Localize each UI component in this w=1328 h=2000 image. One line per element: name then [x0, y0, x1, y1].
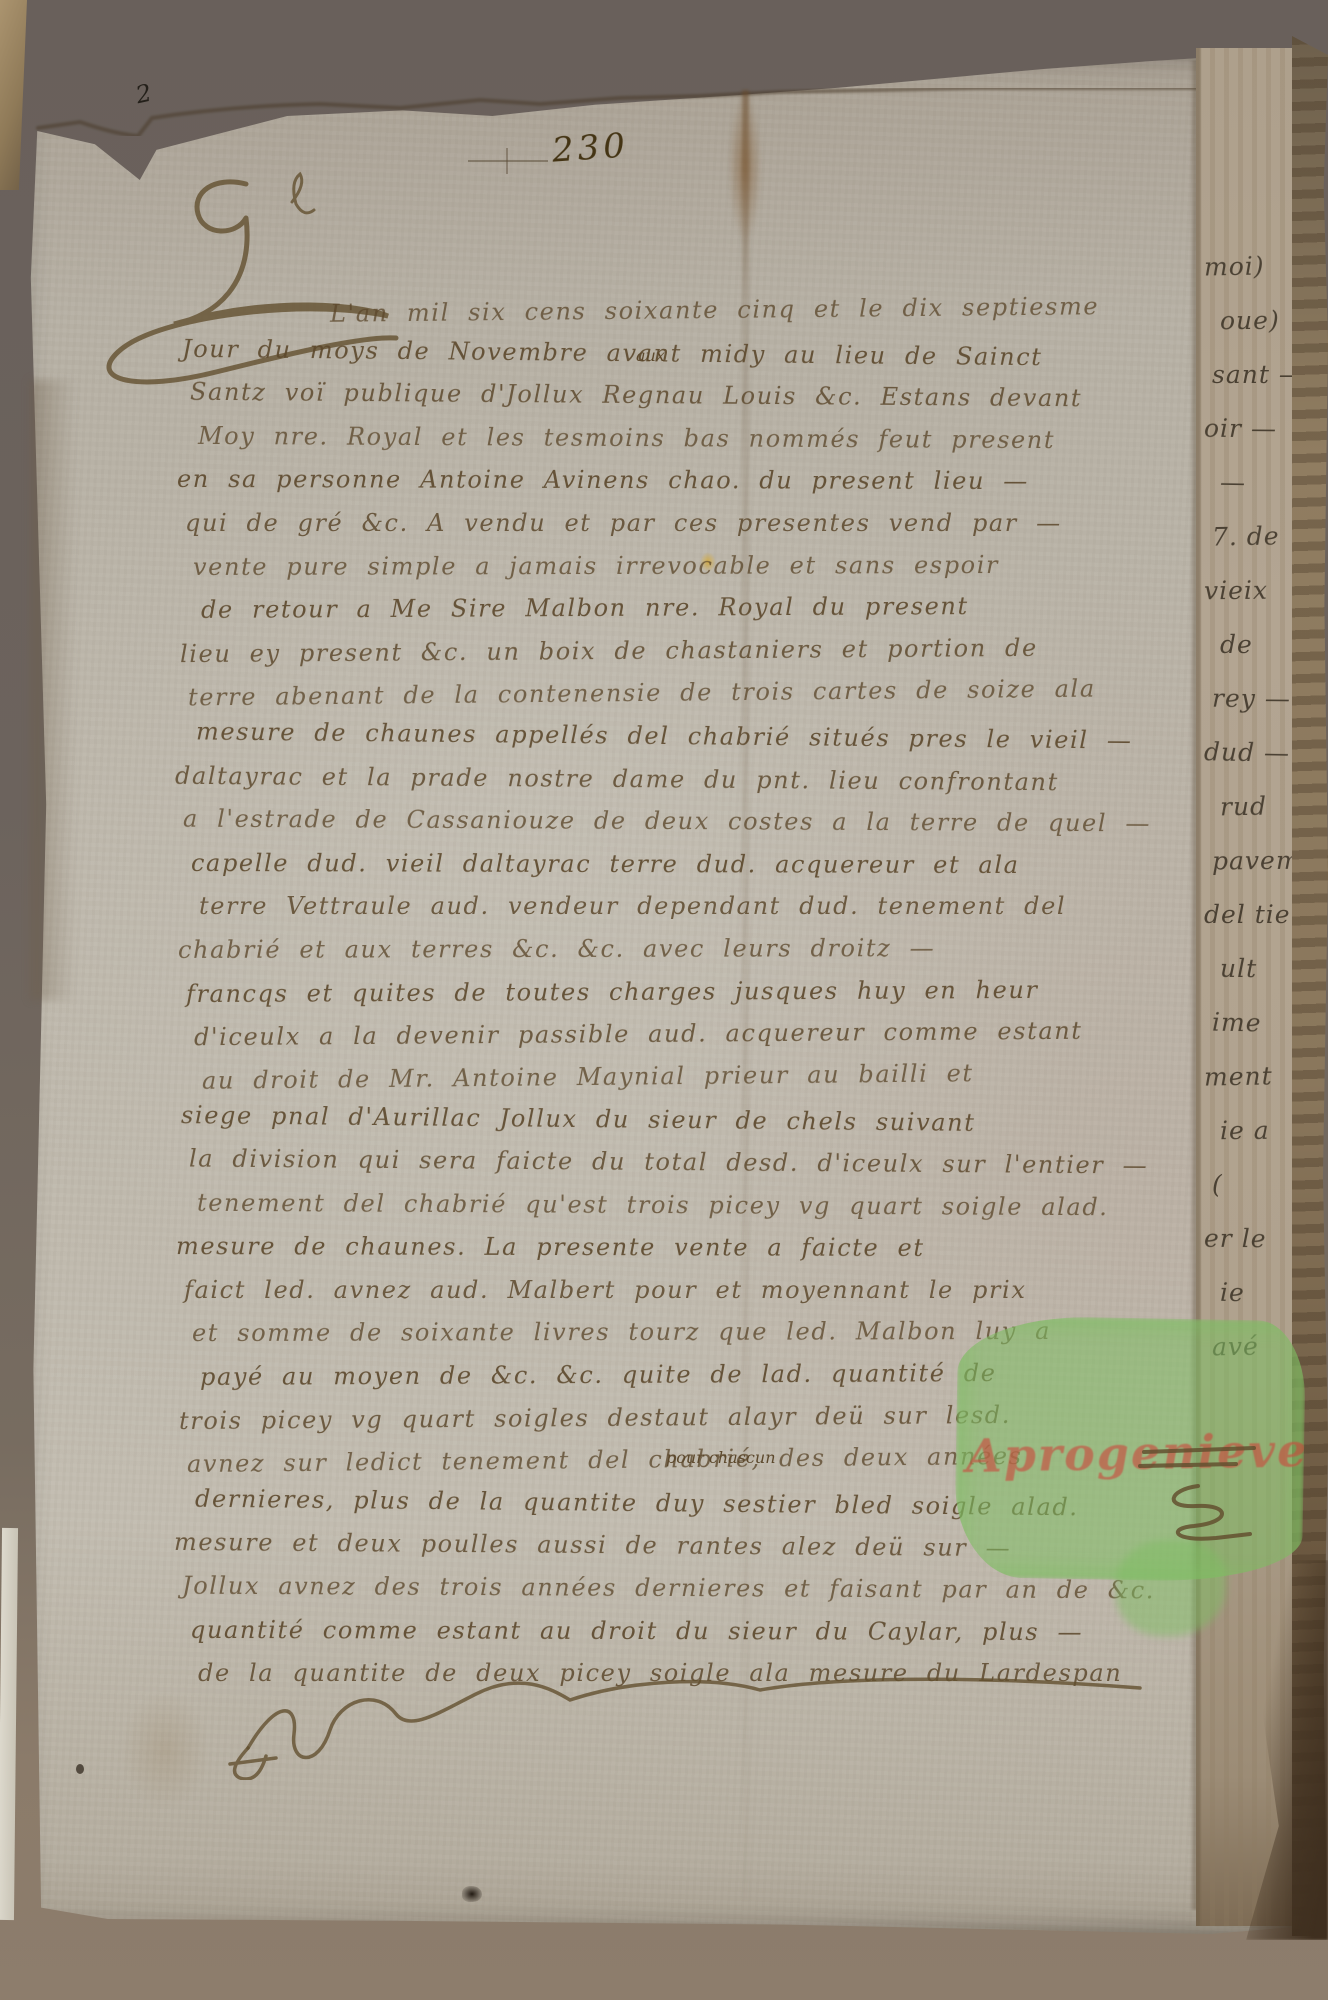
margin-fragment: oue) — [1220, 306, 1280, 336]
underlying-page-sliver — [0, 1528, 18, 1920]
manuscript-line: lieu ey present &c. un boix de chastanie… — [180, 634, 1038, 668]
manuscript-line: tenement del chabrié qu'est trois picey … — [197, 1188, 1109, 1220]
margin-fragment: rey — — [1212, 684, 1291, 714]
manuscript-line: qui de gré &c. A vendu et par ces presen… — [185, 509, 1062, 537]
margin-fragment: moi) — [1204, 251, 1265, 281]
manuscript-line: quantité comme estant au droit du sieur … — [190, 1616, 1083, 1646]
margin-fragment: er le — [1204, 1224, 1267, 1254]
margin-fragment: dud — — [1204, 737, 1291, 767]
margin-fragment: ( — [1212, 1170, 1223, 1199]
small-spot — [76, 1764, 84, 1774]
adjacent-leaf-corner — [0, 0, 27, 190]
manuscript-line: trois picey vg quart soigles destaut ala… — [179, 1401, 1011, 1435]
manuscript-photo: 2 230 L'an mil six cens soixante cinq et… — [0, 0, 1328, 2000]
manuscript-line: chabrié et aux terres &c. &c. avec leurs… — [178, 934, 935, 964]
manuscript-line: Moy nre. Royal et les tesmoins bas nommé… — [198, 422, 1055, 454]
margin-fragment: ult — [1220, 954, 1257, 983]
manuscript-line: de retour a Me Sire Malbon nre. Royal du… — [201, 592, 969, 624]
margin-fragment: ie — [1220, 1278, 1245, 1307]
interlinear-insertion: aux — [636, 346, 665, 365]
interlinear-insertion: pour chascun — [666, 1448, 776, 1467]
margin-fragment: sant — — [1212, 360, 1305, 389]
left-edge-shadow — [30, 380, 76, 1000]
edge-numeral: 2 — [133, 79, 154, 110]
manuscript-line: a l'estrade de Cassaniouze de deux coste… — [183, 805, 1151, 838]
manuscript-line: francqs et quites de toutes charges jusq… — [186, 976, 1039, 1008]
margin-fragment: ment — [1204, 1061, 1273, 1091]
manuscript-line: et somme de soixante livres tourz que le… — [192, 1317, 1051, 1347]
closing-flourish — [190, 1660, 1170, 1780]
manuscript-line: en sa personne Antoine Avinens chao. du … — [177, 465, 1029, 495]
ink-paraph — [1138, 1430, 1258, 1560]
margin-fragment: rud — [1220, 792, 1268, 822]
folio-number: 230 — [551, 125, 631, 170]
margin-fragment: ime — [1212, 1008, 1262, 1038]
manuscript-line: vente pure simple a jamais irrevocable e… — [193, 551, 999, 581]
manuscript-line: faict led. avnez aud. Malbert pour et mo… — [184, 1276, 1026, 1304]
fold-stain — [728, 92, 762, 242]
cross-mark — [468, 160, 548, 162]
manuscript-line: daltayrac et la prade nostre dame du pnt… — [175, 761, 1059, 795]
margin-fragment: de — [1220, 630, 1253, 659]
margin-fragment: vieix — [1204, 576, 1268, 606]
margin-fragment: — — [1220, 468, 1247, 497]
margin-fragment: 7. de — [1212, 521, 1280, 551]
manuscript-line: mesure de chaunes. La presente vente a f… — [176, 1232, 925, 1262]
manuscript-line: payé au moyen de &c. &c. quite de lad. q… — [200, 1359, 997, 1391]
margin-fragment: oir — — [1204, 414, 1277, 444]
manuscript-line: terre Vettraule aud. vendeur dependant d… — [199, 892, 1066, 920]
margin-fragment: ie a — [1220, 1116, 1270, 1145]
ink-blot — [462, 1886, 482, 1902]
manuscript-line: capelle dud. vieil daltayrac terre dud. … — [191, 849, 1020, 879]
